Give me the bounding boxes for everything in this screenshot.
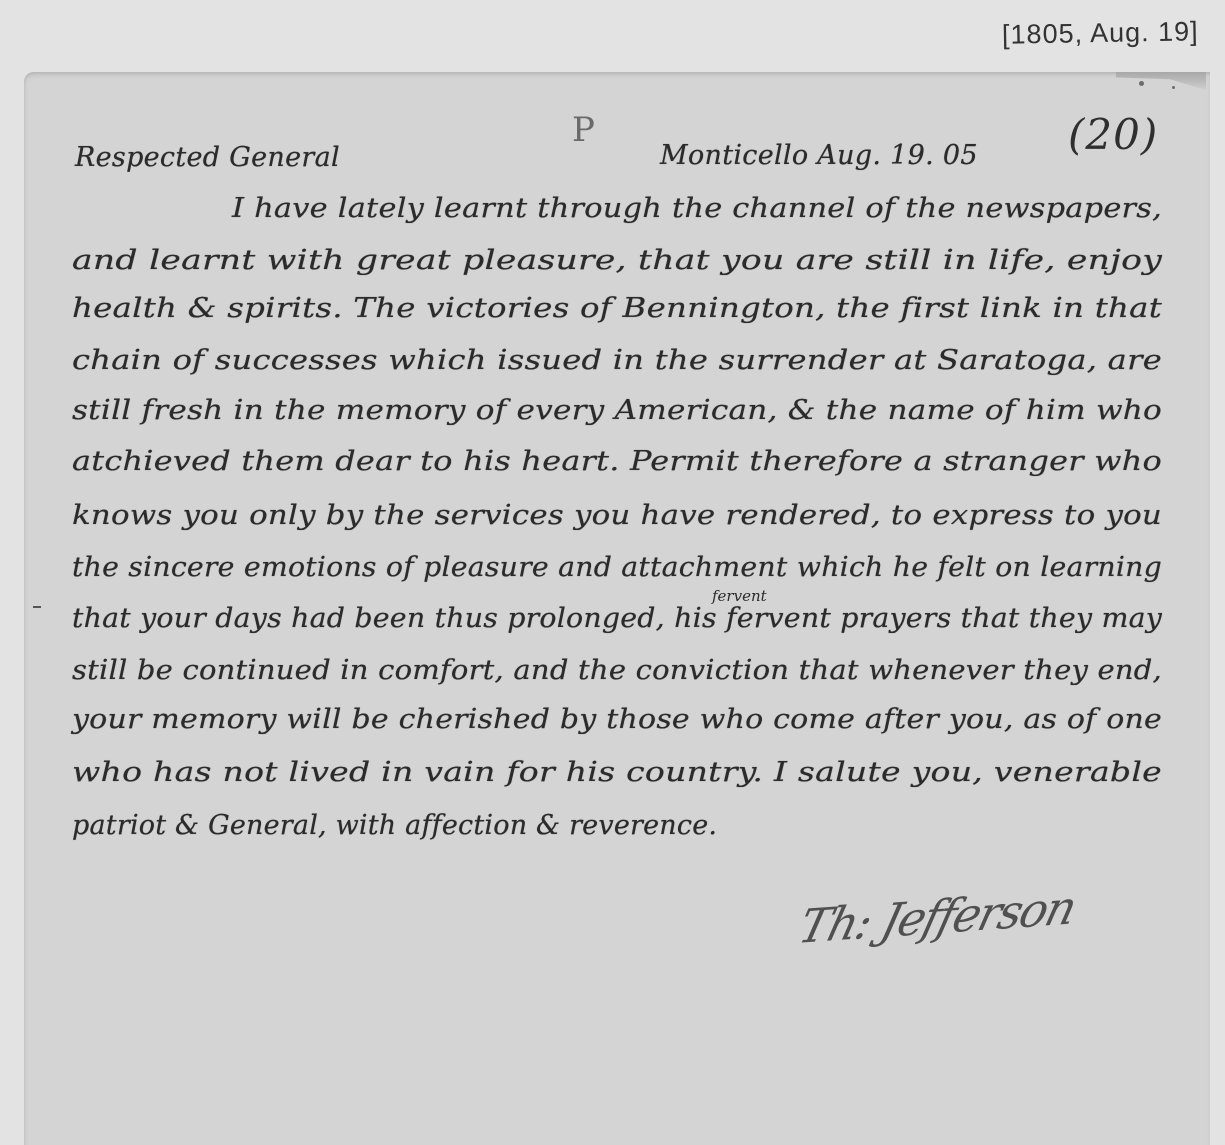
- letter-line: I have lately learnt through the channel…: [232, 193, 1162, 224]
- paper-speck: [1139, 81, 1144, 86]
- place-date: Monticello Aug. 19. 05: [660, 140, 978, 171]
- letter-line: chain of successes which issued in the s…: [72, 345, 1162, 376]
- page-fold-corner: [1116, 72, 1206, 90]
- letter-line: still fresh in the memory of every Ameri…: [72, 395, 1162, 426]
- page-number: (20): [1068, 110, 1158, 159]
- letter-line: the sincere emotions of pleasure and att…: [72, 552, 1162, 583]
- interlinear-insertion: fervent: [712, 587, 767, 605]
- letter-line: that your days had been thus prolonged, …: [72, 603, 1162, 634]
- letter-line: and learnt with great pleasure, that you…: [72, 245, 1162, 276]
- page-marker: P: [572, 110, 595, 150]
- letter-line: who has not lived in vain for his countr…: [72, 757, 1162, 788]
- paper-speck: [1172, 86, 1175, 89]
- archive-date-annotation: [1805, Aug. 19]: [1002, 16, 1199, 50]
- letter-line: patriot & General, with affection & reve…: [72, 810, 1162, 841]
- letter-line: health & spirits. The victories of Benni…: [72, 293, 1162, 324]
- margin-mark: [33, 606, 41, 608]
- letter-line: your memory will be cherished by those w…: [72, 704, 1162, 735]
- letter-line: atchieved them dear to his heart. Permit…: [72, 446, 1162, 477]
- letter-line: still be continued in comfort, and the c…: [72, 655, 1162, 686]
- salutation: Respected General: [75, 142, 340, 173]
- letter-line: knows you only by the services you have …: [72, 500, 1162, 531]
